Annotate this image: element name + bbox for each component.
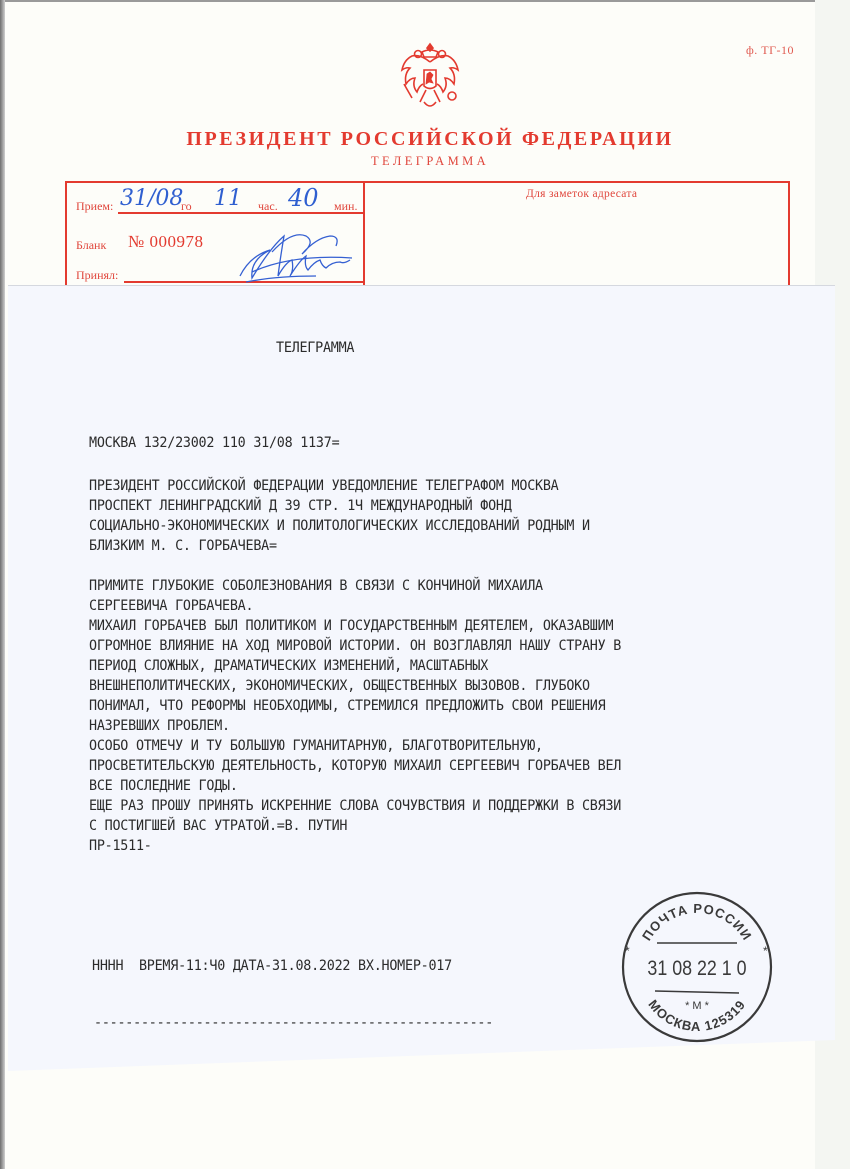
address-line: ПРОСПЕКТ ЛЕНИНГРАДСКИЙ Д 39 СТР. 1Ч МЕЖД… [89, 498, 512, 514]
letterhead-subtitle: ТЕЛЕГРАММА [0, 154, 850, 169]
message-line: ПРОСВЕТИТЕЛЬСКУЮ ДЕЯТЕЛЬНОСТЬ, КОТОРУЮ М… [89, 758, 621, 774]
telegram-dash-separator: ----------------------------------------… [94, 1015, 493, 1031]
blank-label: Бланк [76, 238, 106, 253]
postmark-date: 31 08 22 1 0 [647, 957, 746, 981]
post-office-postmark-stamp: ПОЧТА РОССИИ * * 31 08 22 1 0 * М * МОСК… [617, 887, 777, 1047]
double-headed-eagle-emblem-icon [398, 40, 462, 120]
telegram-footer-line: НННН ВРЕМЯ-11:Ч0 ДАТА-31.08.2022 ВХ.НОМЕ… [92, 958, 452, 974]
message-line: МИХАИЛ ГОРБАЧЕВ БЫЛ ПОЛИТИКОМ И ГОСУДАРС… [89, 618, 613, 634]
hour-suffix-label: го [181, 199, 192, 214]
message-line: ОГРОМНОЕ ВЛИЯНИЕ НА ХОД МИРОВОЙ ИСТОРИИ.… [89, 638, 621, 654]
message-line: ЕЩЕ РАЗ ПРОШУ ПРИНЯТЬ ИСКРЕННИЕ СЛОВА СО… [89, 798, 621, 814]
svg-text:*: * [625, 944, 630, 958]
minute-label: мин. [334, 199, 357, 214]
message-line: НАЗРЕВШИХ ПРОБЛЕМ. [89, 718, 230, 734]
hour-label: час. [258, 199, 278, 214]
message-line: ПР-1511- [89, 838, 152, 854]
message-line: ПОНИМАЛ, ЧТО РЕФОРМЫ НЕОБХОДИМЫ, СТРЕМИЛ… [89, 698, 605, 714]
message-line: ВНЕШНЕПОЛИТИЧЕСКИХ, ЭКОНОМИЧЕСКИХ, ОБЩЕС… [89, 678, 590, 694]
address-line: ПРЕЗИДЕНТ РОССИЙСКОЙ ФЕДЕРАЦИИ УВЕДОМЛЕН… [89, 478, 559, 494]
handwritten-signature [232, 222, 382, 288]
address-line: БЛИЗКИМ М. С. ГОРБАЧЕВА= [89, 538, 277, 554]
received-date-handwritten: 31/08 [120, 186, 183, 211]
message-line: ПРИМИТЕ ГЛУБОКИЕ СОБОЛЕЗНОВАНИЯ В СВЯЗИ … [89, 578, 543, 594]
message-line: С ПОСТИГШЕЙ ВАС УТРАТОЙ.=В. ПУТИН [89, 818, 347, 834]
blank-number: № 000978 [128, 232, 203, 252]
accepted-label: Принял: [76, 268, 118, 283]
form-code: ф. ТГ-10 [746, 43, 794, 58]
telegram-header-line: МОСКВА 132/23002 110 31/08 1137= [89, 435, 339, 451]
postmark-top-text: ПОЧТА РОССИИ [639, 901, 755, 943]
message-line: ПЕРИОД СЛОЖНЫХ, ДРАМАТИЧЕСКИХ ИЗМЕНЕНИЙ,… [89, 658, 488, 674]
message-line: СЕРГЕЕВИЧА ГОРБАЧЕВА. [89, 598, 253, 614]
scan-top-edge [0, 0, 850, 2]
minute-handwritten: 40 [288, 184, 319, 212]
address-line: СОЦИАЛЬНО-ЭКОНОМИЧЕСКИХ И ПОЛИТОЛОГИЧЕСК… [89, 518, 590, 534]
postmark-mid-text: * М * [685, 1000, 710, 1012]
svg-text:*: * [763, 944, 768, 958]
received-label: Прием: [76, 199, 113, 214]
scan-left-edge [0, 0, 5, 1169]
addressee-notes-label: Для заметок адресата [526, 188, 637, 200]
message-line: ОСОБО ОТМЕЧУ И ТУ БОЛЬШУЮ ГУМАНИТАРНУЮ, … [89, 738, 543, 754]
message-line: ВСЕ ПОСЛЕДНИЕ ГОДЫ. [89, 778, 238, 794]
svg-text:ПОЧТА РОССИИ: ПОЧТА РОССИИ [639, 901, 755, 943]
hour-handwritten: 11 [214, 186, 242, 211]
telegram-title: ТЕЛЕГРАММА [276, 340, 354, 356]
letterhead-title: ПРЕЗИДЕНТ РОССИЙСКОЙ ФЕДЕРАЦИИ [0, 128, 850, 151]
received-underline [118, 212, 363, 214]
